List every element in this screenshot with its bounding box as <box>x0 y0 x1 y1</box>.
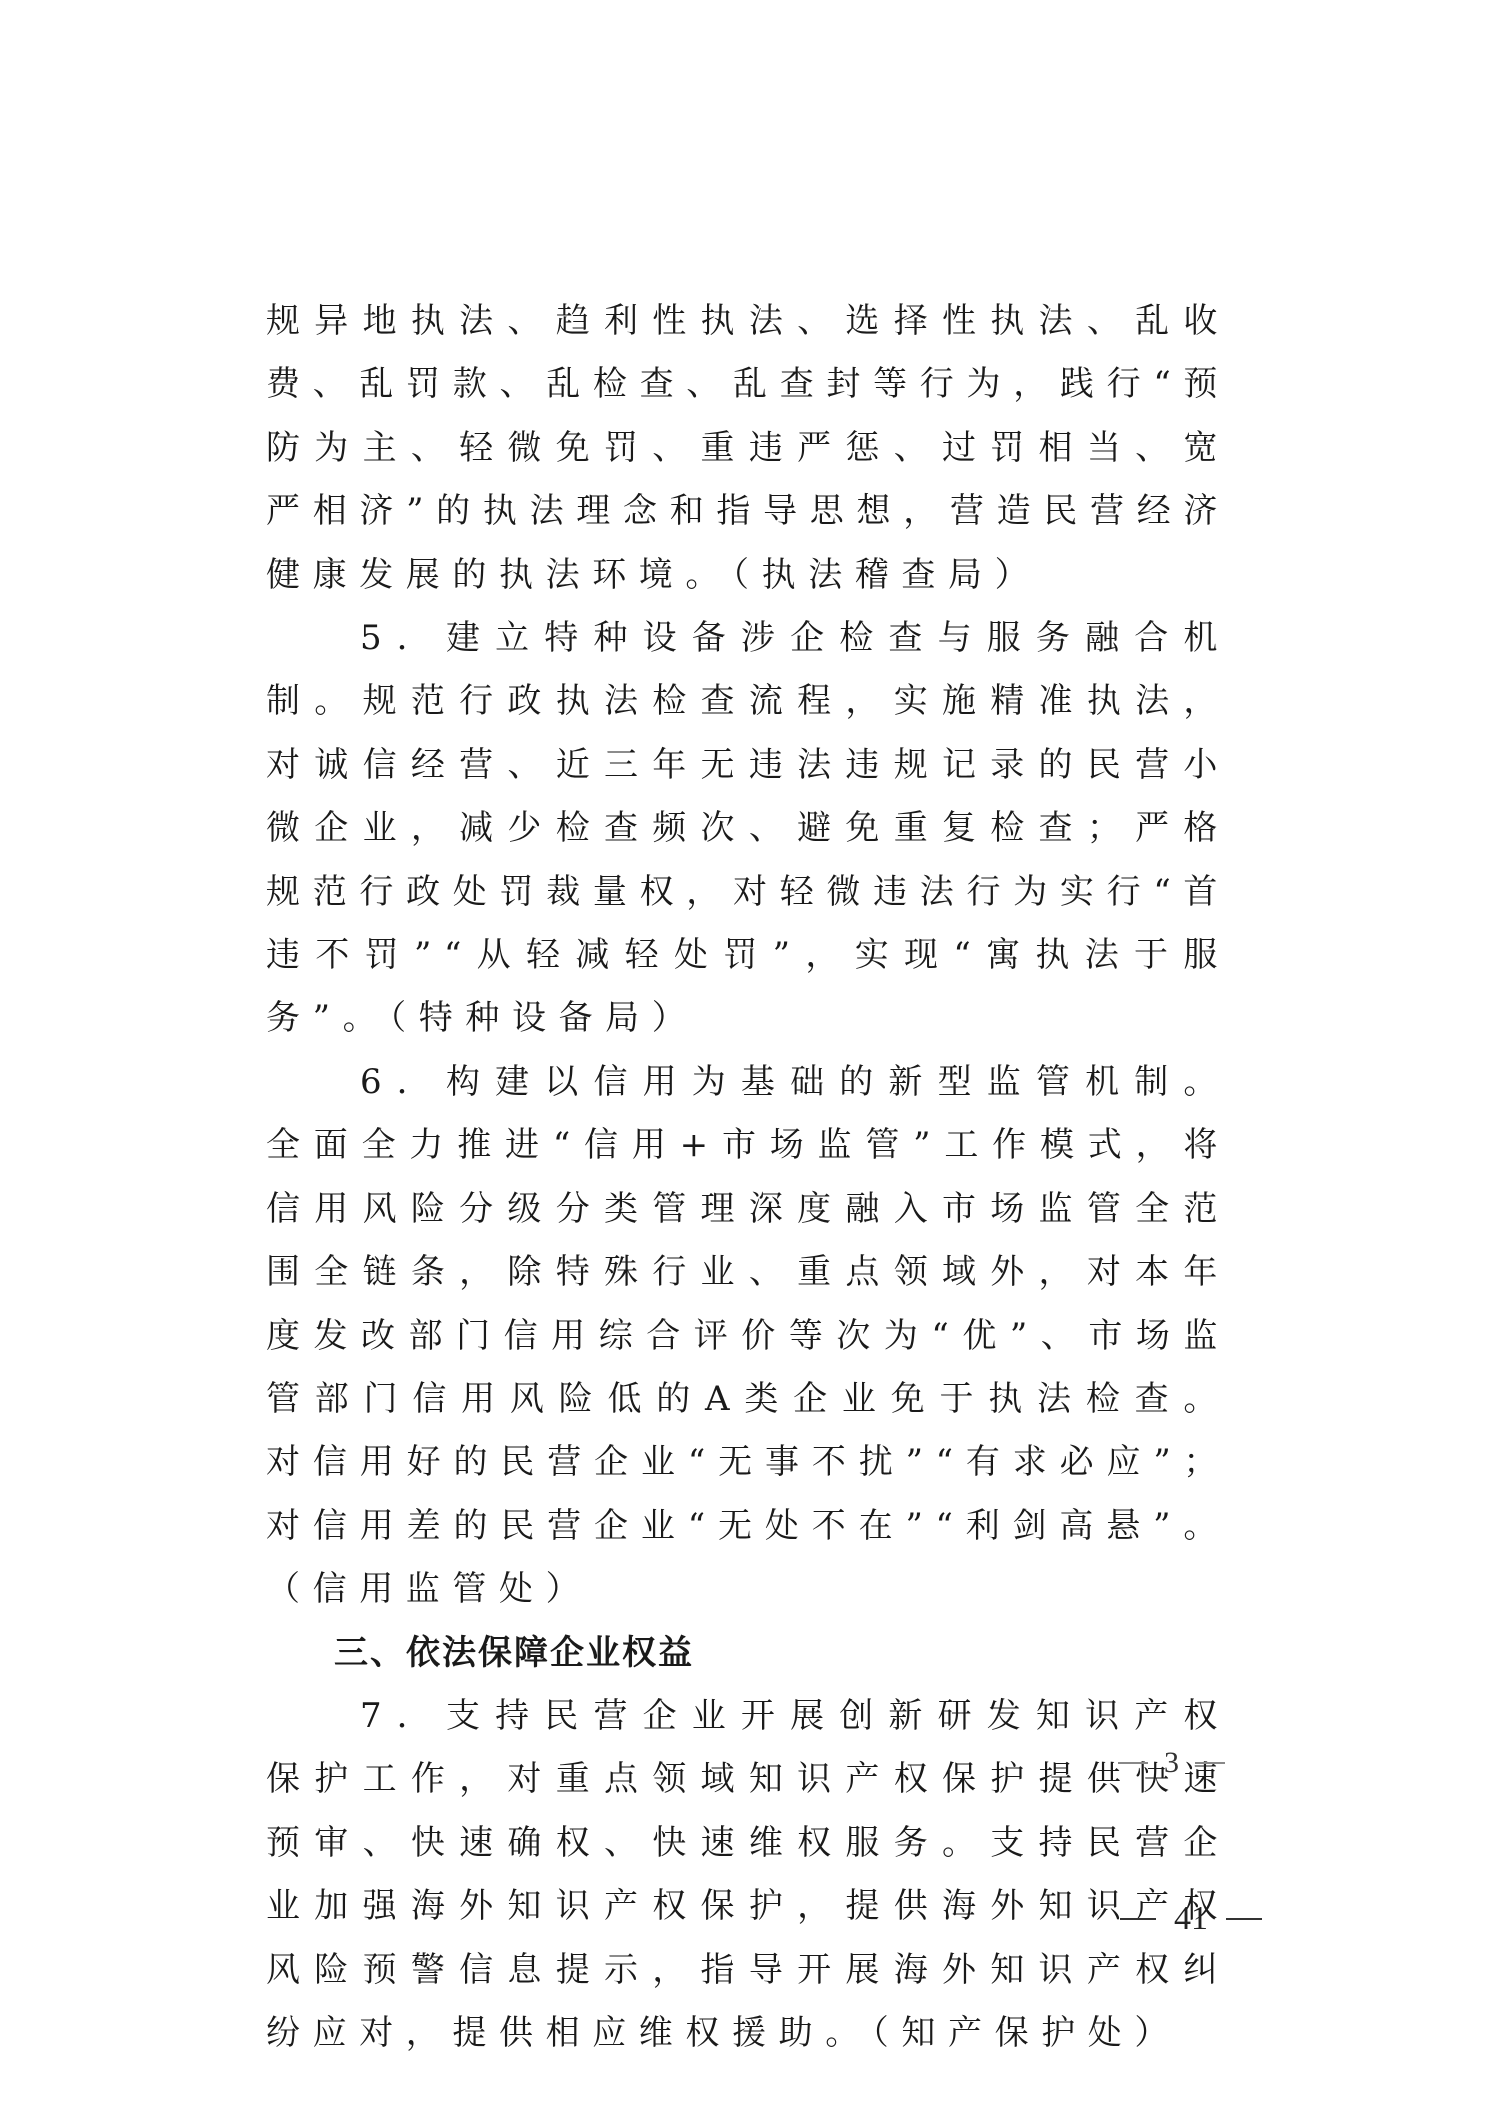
outer-page-number-value: 41 <box>1174 1900 1208 1938</box>
paragraph-item-7: 7．支持民营企业开展创新研发知识产权保护工作，对重点领域知识产权保护提供快速预审… <box>266 1685 1230 2065</box>
document-body: 规异地执法、趋利性执法、选择性执法、乱收费、乱罚款、乱检查、乱查封等行为，践行“… <box>266 290 1230 2065</box>
inner-page-number-value: 3 <box>1164 1746 1179 1780</box>
outer-page-number: 41 <box>1120 1900 1262 1938</box>
section-heading: 三、依法保障企业权益 <box>266 1622 1230 1685</box>
dash-right <box>1226 1918 1262 1920</box>
paragraph-continued: 规异地执法、趋利性执法、选择性执法、乱收费、乱罚款、乱检查、乱查封等行为，践行“… <box>266 290 1230 607</box>
dash-right <box>1195 1762 1225 1764</box>
dash-left <box>1120 1918 1156 1920</box>
inner-page-number: 3 <box>1118 1746 1225 1780</box>
paragraph-item-6: 6．构建以信用为基础的新型监管机制。全面全力推进“信用+市场监管”工作模式，将信… <box>266 1051 1230 1622</box>
dash-left <box>1118 1762 1148 1764</box>
paragraph-item-5: 5．建立特种设备涉企检查与服务融合机制。规范行政执法检查流程，实施精准执法，对诚… <box>266 607 1230 1051</box>
